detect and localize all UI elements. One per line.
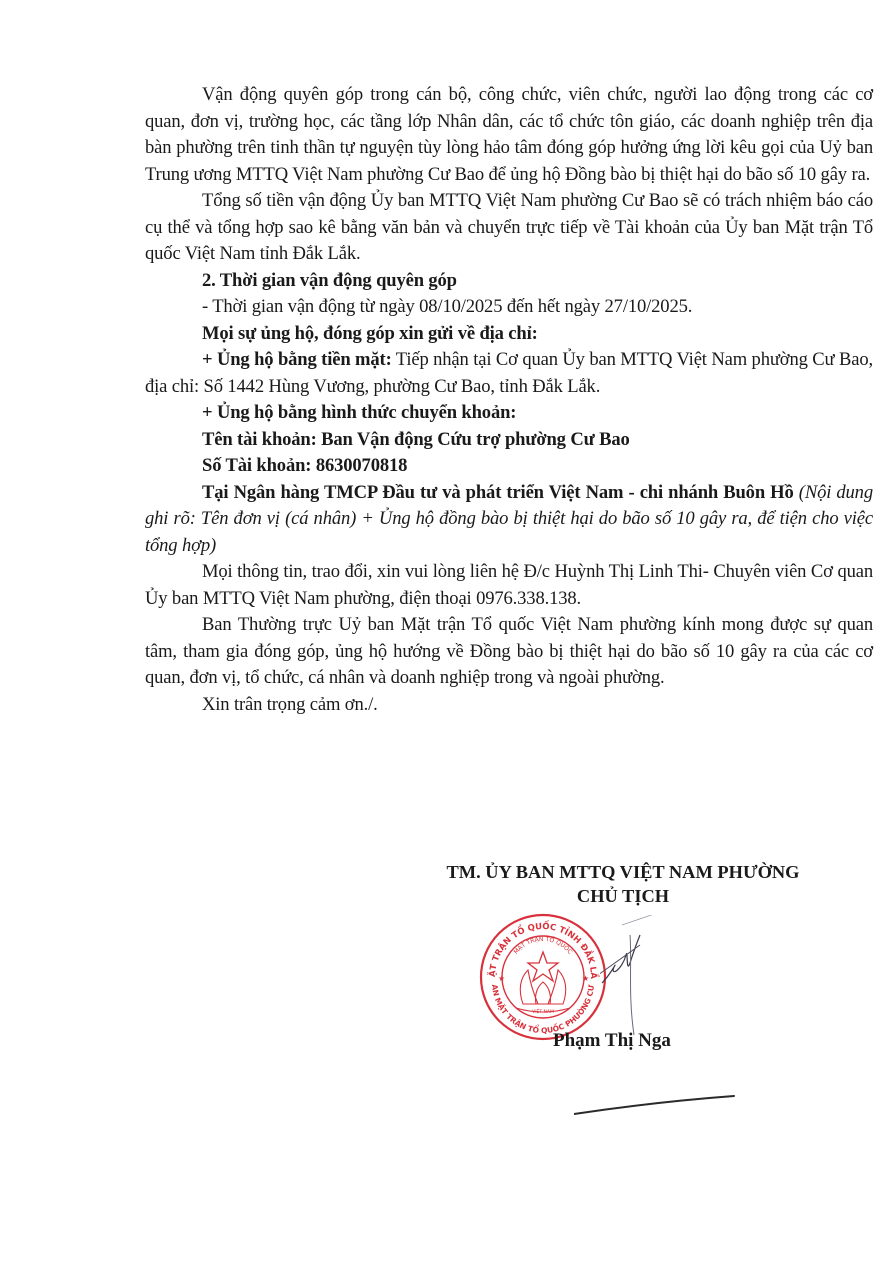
contact-info: Mọi thông tin, trao đổi, xin vui lòng li… — [145, 559, 873, 612]
paragraph-reporting: Tổng số tiền vận động Ủy ban MTTQ Việt N… — [145, 188, 873, 268]
svg-text:VIỆT NAM: VIỆT NAM — [532, 1007, 554, 1015]
cash-donation: + Ủng hộ bằng tiền mặt: Tiếp nhận tại Cơ… — [145, 347, 873, 400]
account-number: Số Tài khoản: 8630070818 — [145, 453, 873, 480]
document-page: Vận động quyên góp trong cán bộ, công ch… — [0, 0, 892, 1280]
svg-text:★: ★ — [498, 974, 505, 983]
cash-label: + Ủng hộ bằng tiền mặt: — [202, 349, 392, 370]
bank-info: Tại Ngân hàng TMCP Đầu tư và phát triển … — [145, 480, 873, 560]
svg-text:★: ★ — [582, 974, 589, 983]
bank-name: Tại Ngân hàng TMCP Đầu tư và phát triển … — [202, 482, 794, 503]
closing-line: Xin trân trọng cảm ơn./. — [145, 692, 873, 719]
section-2-heading: 2. Thời gian vận động quyên góp — [145, 268, 873, 295]
official-stamp-icon: MẶT TRẬN TỔ QUỐC TỈNH ĐẮK LẮK ỦY BAN MẶT… — [478, 912, 608, 1042]
signer-name: Phạm Thị Nga — [553, 1030, 671, 1052]
appeal-paragraph: Ban Thường trực Uỷ ban Mặt trận Tổ quốc … — [145, 612, 873, 692]
transfer-label: + Ủng hộ bằng hình thức chuyển khoản: — [145, 400, 873, 427]
signature-block: TM. ỦY BAN MTTQ VIỆT NAM PHƯỜNG CHỦ TỊCH — [408, 860, 838, 908]
address-heading: Mọi sự ủng hộ, đóng góp xin gửi về địa c… — [145, 321, 873, 348]
paragraph-fundraising-scope: Vận động quyên góp trong cán bộ, công ch… — [145, 82, 873, 188]
signer-organization: TM. ỦY BAN MTTQ VIỆT NAM PHƯỜNG — [408, 860, 838, 884]
handwritten-signature-icon — [600, 915, 680, 1045]
pen-stroke-decoration — [574, 1090, 774, 1120]
signer-position: CHỦ TỊCH — [408, 884, 838, 908]
campaign-period: - Thời gian vận động từ ngày 08/10/2025 … — [145, 294, 873, 321]
document-body: Vận động quyên góp trong cán bộ, công ch… — [145, 82, 873, 718]
account-name: Tên tài khoản: Ban Vận động Cứu trợ phườ… — [145, 427, 873, 454]
